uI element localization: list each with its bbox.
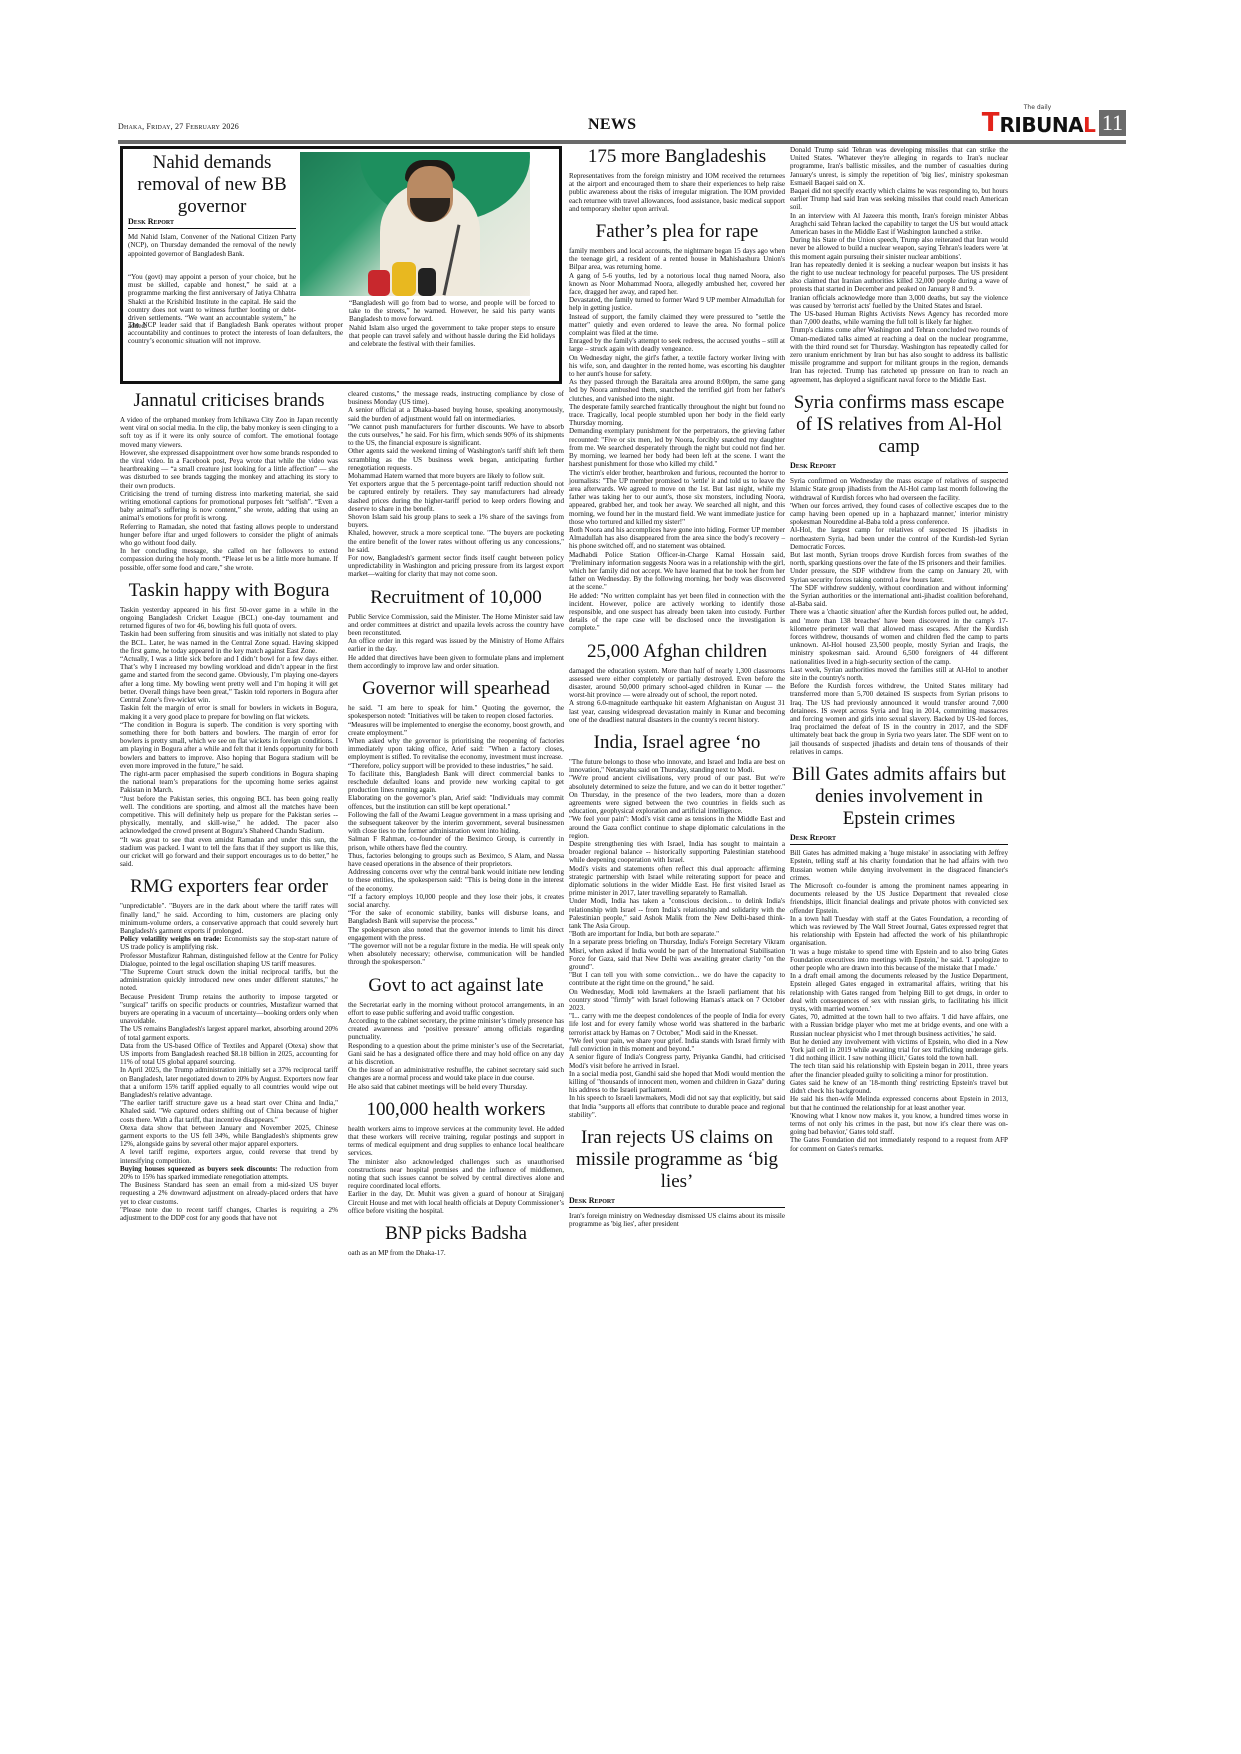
paragraph: Professor Mustafizur Rahman, distinguish… <box>120 952 338 968</box>
paragraph: But he denied any involvement with victi… <box>790 1038 1008 1063</box>
headline-india-israel: India, Israel agree ‘no <box>569 732 785 754</box>
paragraph: In a town hall Tuesday with staff at the… <box>790 915 1008 948</box>
column-1: Jannatul criticises brands A video of th… <box>120 390 338 1222</box>
paragraph: The minister also acknowledged challenge… <box>348 1158 564 1191</box>
paragraph: Khaled, however, struck a more sceptical… <box>348 529 564 554</box>
paragraph: Buying houses squeezed as buyers seek di… <box>120 1165 338 1181</box>
paragraph: he said. "I am here to speak for him." Q… <box>348 704 564 720</box>
paragraph: The spokesperson also noted that the gov… <box>348 926 564 942</box>
page-number: 11 <box>1099 110 1126 136</box>
nahid-left-3: The NCP leader said that if Bangladesh B… <box>128 321 343 346</box>
paragraph: The Business Standard has seen an email … <box>120 1181 338 1206</box>
paragraph: Despite strengthening ties with Israel, … <box>569 840 785 865</box>
masthead-rule <box>118 140 1126 144</box>
paragraph: Criticising the trend of turning distres… <box>120 490 338 523</box>
paragraph: On Wednesday, Modi told lawmakers at the… <box>569 988 785 1013</box>
paragraph: “Actually, I was a little sick before an… <box>120 655 338 704</box>
paragraph: Yet exporters argue that the 5 percentag… <box>348 480 564 513</box>
paragraph: According to the cabinet secretary, the … <box>348 1017 564 1042</box>
subhead: Policy volatility weighs on trade: <box>120 935 222 943</box>
paragraph: In her concluding message, she called on… <box>120 547 338 572</box>
paragraph: A level tariff regime, exporters argue, … <box>120 1148 338 1164</box>
paragraph: cleared customs," the message reads, ins… <box>348 390 564 406</box>
paragraph: Elaborating on the governor’s plan, Arie… <box>348 794 564 810</box>
headline-bangladeshis: 175 more Bangladeshis <box>569 146 785 168</box>
paragraph: However, she expressed disappointment ov… <box>120 449 338 490</box>
paragraph: “If a factory employs 10,000 people and … <box>348 893 564 909</box>
paragraph: "We feel your pain": Modi's visit came a… <box>569 815 785 840</box>
headline: Nahid demands removal of new BB governor <box>128 152 296 218</box>
paragraph: The victim's elder brother, heartbroken … <box>569 469 785 526</box>
paragraph: Both Noora and his accomplices have gone… <box>569 526 785 551</box>
paragraph: Other agents said the weekend timing of … <box>348 447 564 472</box>
nahid-left: Nahid demands removal of new BB governor… <box>128 152 296 258</box>
paragraph: Syria confirmed on Wednesday the mass es… <box>790 477 1008 502</box>
headline-father: Father’s plea for rape <box>569 221 785 243</box>
paragraph: In a draft email among the documents rel… <box>790 972 1008 1013</box>
paragraph: Modi's visits and statements often refle… <box>569 865 785 898</box>
paragraph: Mohammad Hatem warned that more buyers a… <box>348 472 564 480</box>
paragraph: Al-Hol, the largest camp for relatives o… <box>790 526 1008 551</box>
paragraph: An office order in this regard was issue… <box>348 637 564 653</box>
paragraph: Gates said he knew of an '18-month thing… <box>790 1079 1008 1095</box>
paragraph: Policy volatility weighs on trade: Econo… <box>120 935 338 951</box>
paragraph: Baqaei did not specify exactly which cla… <box>790 187 1008 212</box>
paragraph: “Bangladesh will go from bad to worse, a… <box>349 299 555 324</box>
byline: Desk Report <box>790 834 1008 845</box>
paragraph: "The future belongs to those who innovat… <box>569 758 785 774</box>
paragraph: The US remains Bangladesh's largest appa… <box>120 1025 338 1041</box>
paragraph: Iran's foreign ministry on Wednesday dis… <box>569 1212 785 1228</box>
paragraph: "Please note due to recent tariff change… <box>120 1206 338 1222</box>
paragraph: Last week, Syrian authorities moved the … <box>790 666 1008 682</box>
paragraph: Iranian officials acknowledge more than … <box>790 294 1008 310</box>
paragraph: The US-based Human Rights Activists News… <box>790 310 1008 326</box>
paragraph: Taskin had been suffering from sinusitis… <box>120 630 338 655</box>
headline-governor: Governor will spearhead <box>348 678 564 700</box>
paragraph: 'Knowing what I know now makes it, you k… <box>790 1112 1008 1137</box>
paragraph: Gates, 70, admitted at the town hall to … <box>790 1013 1008 1038</box>
paragraph: There was a 'chaotic situation' after th… <box>790 608 1008 665</box>
paragraph: Enraged by the family's attempt to seek … <box>569 337 785 353</box>
paragraph: "The Supreme Court struck down the initi… <box>120 968 338 993</box>
headline-iran: Iran rejects US claims on missile progra… <box>569 1127 785 1193</box>
byline: Desk Report <box>569 1197 785 1208</box>
paragraph: The right-arm pacer emphasised the super… <box>120 770 338 795</box>
paragraph: In a social media post, Gandhi said she … <box>569 1070 785 1095</box>
paragraph: He added: "No written complaint has yet … <box>569 592 785 633</box>
headline-gates: Bill Gates admits affairs but denies inv… <box>790 764 1008 830</box>
paragraph: “For the sake of economic stability, ban… <box>348 909 564 925</box>
paragraph: Following the fall of the Awami League g… <box>348 811 564 836</box>
paragraph: Before the Kurdish forces withdrew, the … <box>790 682 1008 756</box>
headline-health: 100,000 health workers <box>348 1099 564 1121</box>
paragraph: “It was great to see that even amidst Ra… <box>120 836 338 869</box>
subhead: Buying houses squeezed as buyers seek di… <box>120 1165 278 1173</box>
nahid-right: “Bangladesh will go from bad to worse, a… <box>349 299 555 348</box>
paragraph: 'It was a huge mistake to spend time wit… <box>790 948 1008 973</box>
headline-rmg: RMG exporters fear order <box>120 876 338 898</box>
paragraph: "We feel your pain, we share your grief.… <box>569 1037 785 1053</box>
paragraph: "Both are important for India, but both … <box>569 930 785 938</box>
paragraph: The desperate family searched franticall… <box>569 403 785 428</box>
paragraph: Under Modi, India has taken a "conscious… <box>569 897 785 930</box>
tribunal-logo: The daily T RIBUNA L 11 <box>982 106 1126 136</box>
headline-afghan: 25,000 Afghan children <box>569 641 785 663</box>
paragraph: Devastated, the family turned to former … <box>569 296 785 312</box>
paragraph: A strong 6.0-magnitude earthquake hit ea… <box>569 699 785 724</box>
paragraph: "I... carry with me the deepest condolen… <box>569 1012 785 1037</box>
paragraph: Thus, factories belonging to groups such… <box>348 852 564 868</box>
paragraph: In his speech to Israeli lawmakers, Modi… <box>569 1094 785 1119</box>
headline-taskin: Taskin happy with Bogura <box>120 580 338 602</box>
paragraph: Donald Trump said Tehran was developing … <box>790 146 1008 187</box>
photo-nahid <box>300 152 530 296</box>
paragraph: Iran has repeatedly denied it is seeking… <box>790 261 1008 294</box>
paragraph: To facilitate this, Bangladesh Bank will… <box>348 770 564 795</box>
paragraph: He added that directives have been given… <box>348 654 564 670</box>
paragraph: The NCP leader said that if Bangladesh B… <box>128 321 343 346</box>
byline: Desk Report <box>128 218 296 229</box>
paragraph: Demanding exemplary punishment for the p… <box>569 427 785 468</box>
lead-story-nahid: Nahid demands removal of new BB governor… <box>120 146 562 384</box>
paragraph: During his State of the Union speech, Tr… <box>790 236 1008 261</box>
paragraph: Shovon Islam said his group plans to see… <box>348 513 564 529</box>
paragraph: In an interview with Al Jazeera this mon… <box>790 212 1008 237</box>
paragraph: On the issue of an administrative reshuf… <box>348 1066 564 1082</box>
paragraph: A senior official at a Dhaka-based buyin… <box>348 406 564 422</box>
paragraph: Because President Trump retains the auth… <box>120 993 338 1026</box>
headline-govt-late: Govt to act against late <box>348 975 564 997</box>
paragraph: health workers aims to improve services … <box>348 1125 564 1158</box>
paragraph: Salman F Rahman, co-founder of the Bexim… <box>348 835 564 851</box>
paragraph: In April 2025, the Trump administration … <box>120 1066 338 1099</box>
paragraph: Nahid Islam also urged the government to… <box>349 324 555 349</box>
paragraph: But last month, Syrian troops drove Kurd… <box>790 551 1008 567</box>
paragraph: Representatives from the foreign ministr… <box>569 172 785 213</box>
paragraph: The Gates Foundation did not immediately… <box>790 1136 1008 1152</box>
paragraph: 'The SDF withdrew suddenly, without coor… <box>790 584 1008 609</box>
paragraph: Otexa data show that between January and… <box>120 1124 338 1149</box>
paragraph: Responding to a question about the prime… <box>348 1042 564 1067</box>
paragraph: family members and local accounts, the n… <box>569 247 785 272</box>
paragraph: damaged the education system. More than … <box>569 667 785 700</box>
paragraph: "unpredictable". "Buyers are in the dark… <box>120 902 338 935</box>
paragraph: “Just before the Pakistan series, this o… <box>120 795 338 836</box>
paragraph: Under pressure, the SDF withdrew from th… <box>790 567 1008 583</box>
paragraph: He said his then-wife Melinda expressed … <box>790 1095 1008 1111</box>
paragraph: Taskin felt the margin of error is small… <box>120 704 338 720</box>
logo-tagline: The daily <box>1024 104 1051 111</box>
paragraph: Instead of support, the family claimed t… <box>569 313 785 338</box>
headline-bnp: BNP picks Badsha <box>348 1223 564 1245</box>
paragraph: Addressing concerns over why the central… <box>348 868 564 893</box>
column-3: 175 more Bangladeshis Representatives fr… <box>569 146 785 1229</box>
paragraph: When asked why the governor is prioritis… <box>348 737 564 762</box>
paragraph: “Therefore, policy support will be provi… <box>348 762 564 770</box>
dateline: Dhaka, Friday, 27 February 2026 <box>118 122 239 131</box>
paragraph: Public Service Commission, said the Mini… <box>348 613 564 638</box>
paragraph: Data from the US-based Office of Textile… <box>120 1042 338 1067</box>
paragraph: A senior figure of India's Congress part… <box>569 1053 785 1069</box>
column-2: cleared customs," the message reads, ins… <box>348 390 564 1257</box>
logo-wordmark: RIBUNA <box>1000 114 1084 136</box>
paragraph: A gang of 5-6 youths, led by a notorious… <box>569 272 785 297</box>
paragraph: The tech titan said his relationship wit… <box>790 1062 1008 1078</box>
newspaper-page: Dhaka, Friday, 27 February 2026 NEWS The… <box>118 100 1126 1710</box>
paragraph: Referring to Ramadan, she noted that fas… <box>120 523 338 548</box>
headline-syria: Syria confirms mass escape of IS relativ… <box>790 392 1008 458</box>
masthead: Dhaka, Friday, 27 February 2026 NEWS The… <box>118 100 1126 144</box>
paragraph: Earlier in the day, Dr. Muhit was given … <box>348 1190 564 1215</box>
paragraph: the Secretariat early in the morning wit… <box>348 1001 564 1017</box>
paragraph: A video of the orphaned monkey from Ichi… <box>120 416 338 449</box>
paragraph: "But I can tell you with some conviction… <box>569 971 785 987</box>
paragraph: “Measures will be implemented to energis… <box>348 721 564 737</box>
paragraph: For now, Bangladesh's garment sector fin… <box>348 554 564 579</box>
paragraph: Bill Gates has admitted making a 'huge m… <box>790 849 1008 882</box>
paragraph: As they passed through the Baraitala are… <box>569 378 785 403</box>
logo-l: L <box>1083 114 1096 136</box>
byline: Desk Report <box>790 462 1008 473</box>
paragraph: "We cannot push manufacturers for furthe… <box>348 423 564 448</box>
section-title: NEWS <box>588 116 636 134</box>
paragraph: “The condition in Bogura is superb. The … <box>120 721 338 770</box>
paragraph: He also said that cabinet meetings will … <box>348 1083 564 1091</box>
logo-t: T <box>982 110 1000 136</box>
paragraph: "We're proud ancient civilisations, very… <box>569 774 785 815</box>
paragraph: The Microsoft co-founder is among the pr… <box>790 882 1008 915</box>
paragraph: On Wednesday night, the girl's father, a… <box>569 354 785 379</box>
paragraph: In a separate press briefing on Thursday… <box>569 938 785 971</box>
paragraph: Madhabdi Police Station Officer-in-Charg… <box>569 551 785 592</box>
paragraph: Taskin yesterday appeared in his first 5… <box>120 606 338 631</box>
paragraph: "The governor will not be a regular fixt… <box>348 942 564 967</box>
paragraph: "The earlier tariff structure gave us a … <box>120 1099 338 1124</box>
paragraph: Trump's claims come after Washington and… <box>790 326 1008 383</box>
column-4: Donald Trump said Tehran was developing … <box>790 146 1008 1153</box>
headline-recruitment: Recruitment of 10,000 <box>348 587 564 609</box>
paragraph: 'When our forces arrived, they found cas… <box>790 502 1008 527</box>
paragraph: Md Nahid Islam, Convener of the National… <box>128 233 296 258</box>
paragraph: oath as an MP from the Dhaka-17. <box>348 1249 564 1257</box>
headline-jannatul: Jannatul criticises brands <box>120 390 338 412</box>
